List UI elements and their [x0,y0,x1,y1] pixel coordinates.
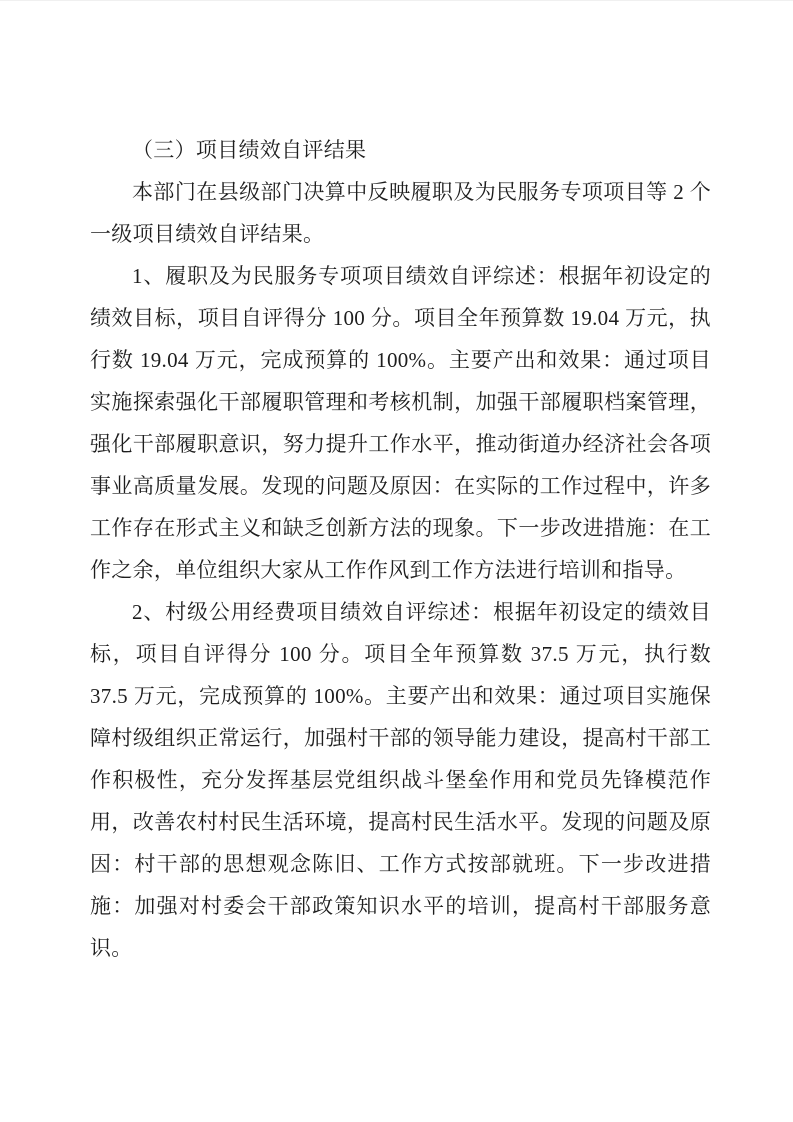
section-heading: （三）项目绩效自评结果 [90,129,711,171]
document-body: （三）项目绩效自评结果 本部门在县级部门决算中反映履职及为民服务专项项目等 2 … [90,129,711,969]
paragraph-intro: 本部门在县级部门决算中反映履职及为民服务专项项目等 2 个一级项目绩效自评结果。 [90,171,711,255]
document-page: （三）项目绩效自评结果 本部门在县级部门决算中反映履职及为民服务专项项目等 2 … [0,0,793,1122]
paragraph-project2-self-evaluation: 2、村级公用经费项目绩效自评综述：根据年初设定的绩效目标，项目自评得分 100 … [90,591,711,969]
paragraph-project1-self-evaluation: 1、履职及为民服务专项项目绩效自评综述：根据年初设定的绩效目标，项目自评得分 1… [90,255,711,591]
